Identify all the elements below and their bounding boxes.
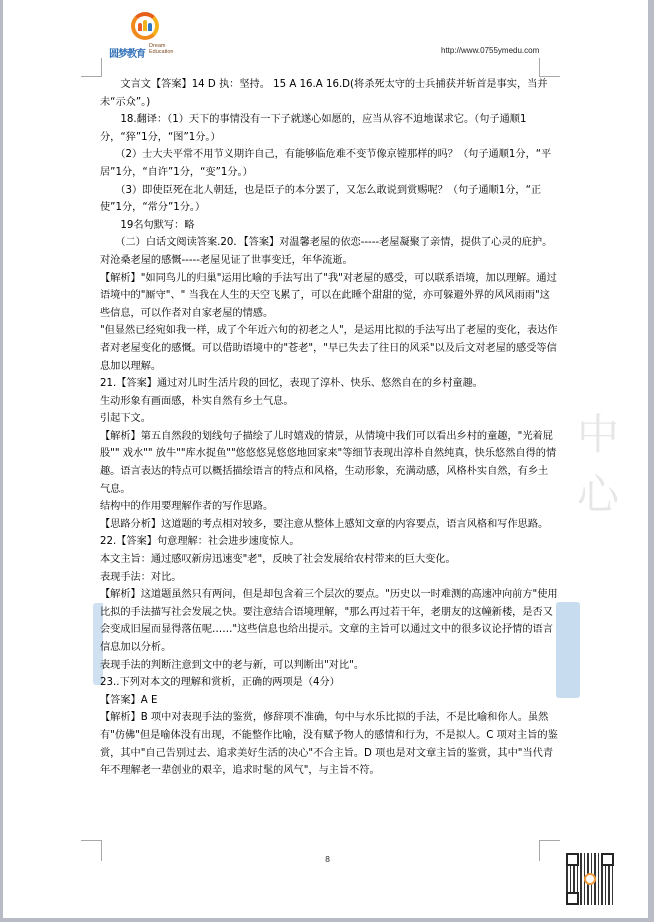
logo-people-icon xyxy=(138,19,152,31)
watermark-shape-right xyxy=(556,602,580,698)
document-page: 圆梦教育 Dream Education http://www.0755ymed… xyxy=(3,0,648,918)
paragraph: 引起下文。 xyxy=(100,410,558,428)
qr-code-icon xyxy=(566,853,614,905)
crop-mark-bottom-right xyxy=(539,840,560,861)
header-url: http://www.0755ymedu.com xyxy=(441,46,539,55)
paragraph: "但显然已经宛如我一样，成了个年近六旬的初老之人"，是运用比拟的手法写出了老屋的… xyxy=(100,322,558,375)
crop-mark-top-left xyxy=(81,58,102,77)
paragraph: （二）白话文阅读答案.20．【答案】对温馨老屋的依恋-----老屋凝聚了亲情，提… xyxy=(100,234,558,252)
paragraph: 【解析】第五自然段的划线句子描绘了儿时嬉戏的情景，从情境中我们可以看出乡村的童趣… xyxy=(100,428,558,498)
paragraph: 结构中的作用要理解作者的写作思路。 xyxy=(100,498,558,516)
paragraph: 18.翻译：（1）天下的事情没有一下子就遂心如愿的，应当从容不迫地谋求它。（句子… xyxy=(100,111,558,146)
paragraph: 22.【答案】句意理解：社会进步速度惊人。 xyxy=(100,533,558,551)
crop-mark-bottom-left xyxy=(81,840,102,861)
watermark-text: 中心 xyxy=(577,402,648,522)
paragraph: 【答案】A E xyxy=(100,692,558,710)
paragraph: 【解析】"如同鸟儿的归巢"运用比喻的手法写出了"我"对老屋的感受，可以联系语境，… xyxy=(100,270,558,323)
dream-education-logo: 圆梦教育 Dream Education xyxy=(109,8,189,58)
paragraph: 21.【答案】通过对儿时生活片段的回忆，表现了淳朴、快乐、悠然自在的乡村童趣。 xyxy=(100,375,558,393)
logo-en-line2: Education xyxy=(149,49,173,55)
paragraph: 23..下列对本文的理解和赏析，正确的两项是（4分） xyxy=(100,674,558,692)
document-body: 文言文【答案】14 D 执：坚持。 15 A 16.A 16.D(将杀死太守的士… xyxy=(100,76,558,780)
crop-mark-top-right xyxy=(539,58,560,77)
paragraph: （3）即使臣死在北人朝廷，也是臣子的本分罢了，又怎么敢说到赏赐呢？（句子通顺1分… xyxy=(100,182,558,217)
paragraph: 表现手法：对比。 xyxy=(100,569,558,587)
paragraph: （2）士大夫平常不用节义期许自己，有能够临危难不变节像京镗那样的吗？（句子通顺1… xyxy=(100,146,558,181)
paragraph: 文言文【答案】14 D 执：坚持。 15 A 16.A 16.D(将杀死太守的士… xyxy=(100,76,558,111)
paragraph: 19名句默写：略 xyxy=(100,217,558,235)
paragraph: 生动形象有画面感，朴实自然有乡土气息。 xyxy=(100,393,558,411)
logo-english-name: Dream Education xyxy=(149,43,173,55)
page-number: 8 xyxy=(325,855,330,864)
paragraph: 本文主旨：通过感叹新房迅速变"老"，反映了社会发展给农村带来的巨大变化。 xyxy=(100,551,558,569)
paragraph: 对沧桑老屋的感慨-----老屋见证了世事变迁，年华流逝。 xyxy=(100,252,558,270)
paragraph: 【解析】这道题虽然只有两问，但是却包含着三个层次的要点。"历史以一时难测的高速冲… xyxy=(100,586,558,656)
paragraph: 【思路分析】这道题的考点相对较多，要注意从整体上感知文章的内容要点，语言风格和写… xyxy=(100,516,558,534)
logo-chinese-name: 圆梦教育 xyxy=(109,45,145,60)
qr-logo-icon xyxy=(584,873,596,885)
paragraph: 表现手法的判断注意到文中的老与新，可以判断出"对比"。 xyxy=(100,657,558,675)
paragraph: 【解析】B 项中对表现手法的鉴赏，修辞项不准确，句中与水乐比拟的手法，不是比喻和… xyxy=(100,709,558,779)
